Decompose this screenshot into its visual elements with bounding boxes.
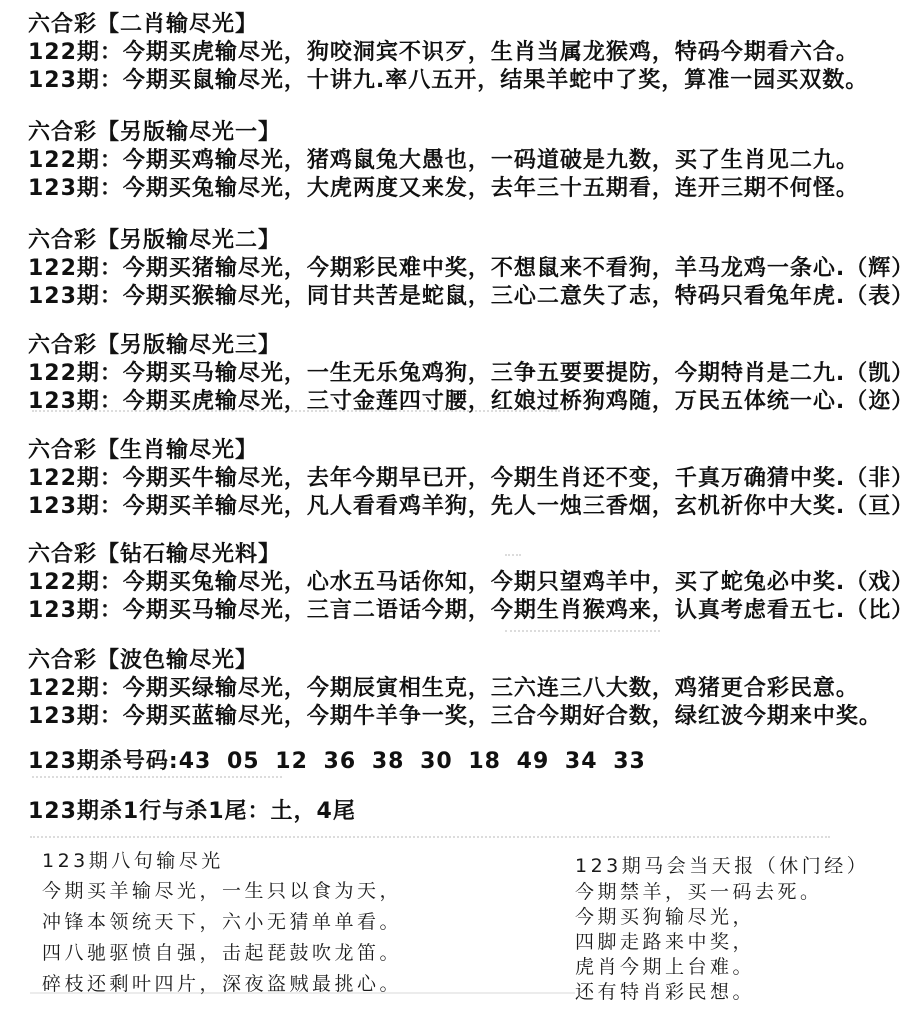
daily-report-line: 今期禁羊，买一码去死。 [575, 877, 869, 902]
section-title: 六合彩【另版输尽光三】 [28, 332, 898, 360]
section-bose: 六合彩【波色输尽光】 122期：今期买绿输尽光，今期辰寅相生克，三六连三八大数，… [28, 647, 898, 731]
period-123-line: 123期：今期买马输尽光，三言二语话今期，今期生肖猴鸡来，认真考虑看五七.（比） [28, 597, 898, 625]
period-122-line: 122期：今期买虎输尽光，狗咬洞宾不识歹，生肖当属龙猴鸡，特码今期看六合。 [28, 39, 898, 67]
period-122-line: 122期：今期买鸡输尽光，猪鸡鼠兔大愚也，一码道破是九数，买了生肖见二九。 [28, 147, 898, 175]
kill-numbers-line: 123期杀号码:43 05 12 36 38 30 18 49 34 33 [28, 744, 646, 775]
period-122-line: 122期：今期买牛输尽光，去年今期早已开，今期生肖还不变，千真万确猜中奖.（非） [28, 465, 898, 493]
scan-artifact [505, 554, 521, 556]
section-title: 六合彩【生肖输尽光】 [28, 437, 898, 465]
period-123-line: 123期：今期买猴输尽光，同甘共苦是蛇鼠，三心二意失了志，特码只看兔年虎.（表） [28, 283, 898, 311]
period-122-line: 122期：今期买绿输尽光，今期辰寅相生克，三六连三八大数，鸡猪更合彩民意。 [28, 675, 898, 703]
period-123-line: 123期：今期买羊输尽光，凡人看看鸡羊狗，先人一烛三香烟，玄机祈你中大奖.（亘） [28, 493, 898, 521]
kill-row-tail-line: 123期杀1行与杀1尾：土，4尾 [28, 794, 356, 825]
eight-verse-line: 碎枝还剩叶四片，深夜盗贼最挑心。 [42, 969, 402, 1000]
section-title: 六合彩【钻石输尽光料】 [28, 541, 898, 569]
period-122-line: 122期：今期买猪输尽光，今期彩民难中奖，不想鼠来不看狗，羊马龙鸡一条心.（辉） [28, 255, 898, 283]
period-122-line: 122期：今期买兔输尽光，心水五马话你知，今期只望鸡羊中，买了蛇兔必中奖.（戏） [28, 569, 898, 597]
eight-verse-title: 123期八句输尽光 [42, 846, 402, 876]
scan-artifact [30, 836, 830, 838]
daily-report-line: 四脚走路来中奖， [575, 927, 869, 952]
scan-artifact [32, 776, 282, 778]
section-lingban-1: 六合彩【另版输尽光一】 122期：今期买鸡输尽光，猪鸡鼠兔大愚也，一码道破是九数… [28, 119, 898, 203]
daily-report-block: 123期马会当天报（休门经） 今期禁羊，买一码去死。 今期买狗输尽光， 四脚走路… [575, 851, 869, 1002]
eight-verse-line: 四八驰驱愤自强，击起琵鼓吹龙笛。 [42, 938, 402, 969]
section-title: 六合彩【另版输尽光二】 [28, 227, 898, 255]
section-lingban-3: 六合彩【另版输尽光三】 122期：今期买马输尽光，一生无乐兔鸡狗，三争五要要提防… [28, 332, 898, 416]
daily-report-line: 还有特肖彩民想。 [575, 977, 869, 1002]
eight-verse-line: 冲锋本领统天下，六小无猜单单看。 [42, 907, 402, 938]
daily-report-title: 123期马会当天报（休门经） [575, 851, 869, 877]
daily-report-line: 虎肖今期上台难。 [575, 952, 869, 977]
section-erxiao-shujinguang: 六合彩【二肖输尽光】 122期：今期买虎输尽光，狗咬洞宾不识歹，生肖当属龙猴鸡，… [28, 11, 898, 95]
daily-report-line: 今期买狗输尽光， [575, 902, 869, 927]
scan-artifact [505, 630, 660, 632]
section-title: 六合彩【波色输尽光】 [28, 647, 898, 675]
eight-verse-block: 123期八句输尽光 今期买羊输尽光，一生只以食为天， 冲锋本领统天下，六小无猜单… [42, 846, 402, 1000]
period-123-line: 123期：今期买兔输尽光，大虎两度又来发，去年三十五期看，连开三期不何怪。 [28, 175, 898, 203]
section-zuanshi: 六合彩【钻石输尽光料】 122期：今期买兔输尽光，心水五马话你知，今期只望鸡羊中… [28, 541, 898, 625]
period-123-line: 123期：今期买鼠输尽光，十讲九.率八五开，结果羊蛇中了奖，算准一园买双数。 [28, 67, 898, 95]
section-title: 六合彩【二肖输尽光】 [28, 11, 898, 39]
scan-artifact [32, 410, 560, 412]
period-123-line: 123期：今期买蓝输尽光，今期牛羊争一奖，三合今期好合数，绿红波今期来中奖。 [28, 703, 898, 731]
period-122-line: 122期：今期买马输尽光，一生无乐兔鸡狗，三争五要要提防，今期特肖是二九.（凯） [28, 360, 898, 388]
eight-verse-line: 今期买羊输尽光，一生只以食为天， [42, 876, 402, 907]
scan-artifact [30, 992, 575, 994]
section-shengxiao: 六合彩【生肖输尽光】 122期：今期买牛输尽光，去年今期早已开，今期生肖还不变，… [28, 437, 898, 521]
section-lingban-2: 六合彩【另版输尽光二】 122期：今期买猪输尽光，今期彩民难中奖，不想鼠来不看狗… [28, 227, 898, 311]
section-title: 六合彩【另版输尽光一】 [28, 119, 898, 147]
lottery-tip-sheet: 六合彩【二肖输尽光】 122期：今期买虎输尽光，狗咬洞宾不识歹，生肖当属龙猴鸡，… [0, 0, 908, 1024]
